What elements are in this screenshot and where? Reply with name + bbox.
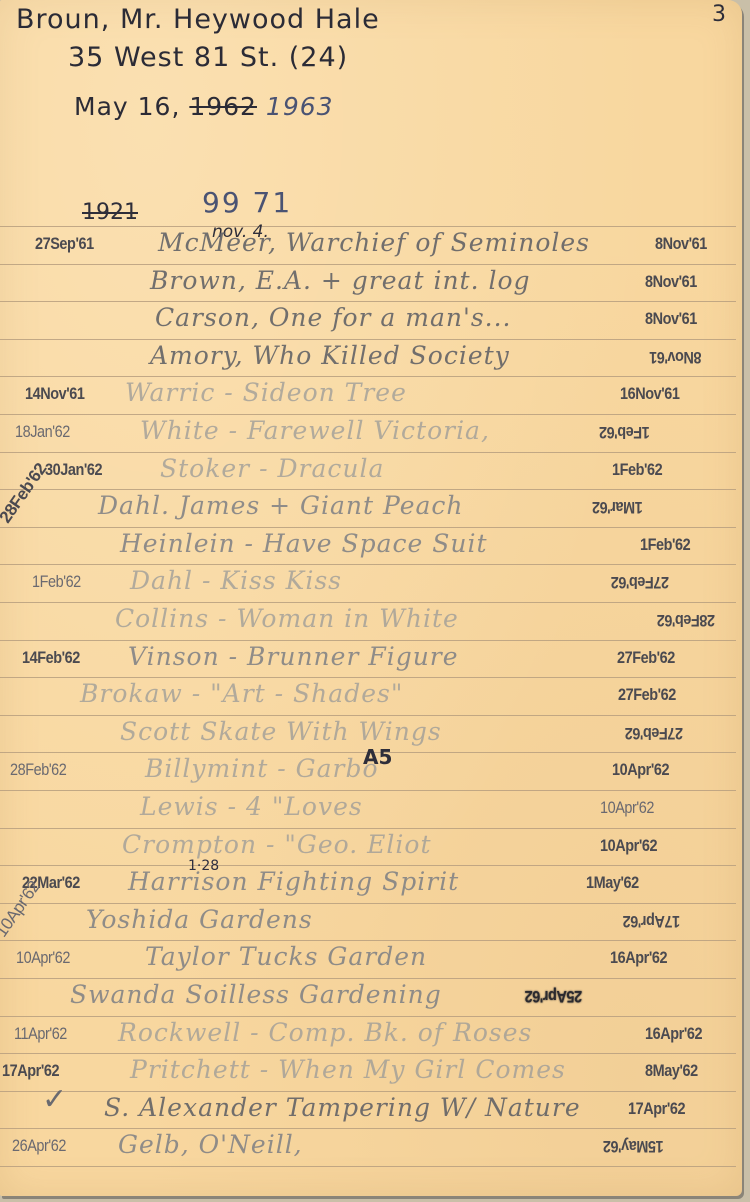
- date-in-stamp: 27Feb'62: [625, 723, 683, 743]
- ruled-line: [0, 414, 736, 415]
- date-out-stamp: 28Feb'62: [0, 460, 51, 527]
- ruled-line: [0, 1091, 736, 1092]
- ruled-line: [0, 640, 736, 641]
- ruled-line: [0, 1166, 736, 1167]
- library-record-card: Broun, Mr. Heywood Hale 35 West 81 St. (…: [0, 0, 742, 1196]
- date-in-stamp: 16Apr'62: [610, 948, 667, 968]
- book-title: Taylor Tucks Garden: [145, 942, 427, 971]
- borrower-name: Broun, Mr. Heywood Hale: [16, 4, 380, 35]
- date-out-stamp: 14Feb'62: [22, 648, 80, 668]
- ruled-line: [0, 301, 736, 302]
- date-in-stamp: 1Feb'62: [612, 460, 662, 480]
- date-out-stamp: 30Jan'62: [45, 460, 102, 480]
- date-in-stamp: 17Apr'62: [628, 1099, 685, 1119]
- ruled-line: [0, 1053, 736, 1054]
- ruled-line: [0, 978, 736, 979]
- ruled-line: [0, 940, 736, 941]
- account-struck-number: 1921: [82, 200, 138, 225]
- date-in-stamp: 1Feb'62: [599, 422, 649, 442]
- date-in-stamp: 16Apr'62: [645, 1024, 702, 1044]
- book-title: McMeer, Warchief of Seminoles: [158, 228, 590, 257]
- annotation-row-note: 1·28: [188, 858, 219, 874]
- date-out-stamp: 26Apr'62: [12, 1136, 66, 1156]
- date-in-stamp: 27Feb'62: [617, 648, 675, 668]
- ruled-line: [0, 865, 736, 866]
- date-in-stamp: 8Nov'61: [650, 347, 702, 367]
- ruled-line: [0, 452, 736, 453]
- date-in-stamp: 8Nov'61: [645, 272, 697, 292]
- date-in-stamp: 8May'62: [645, 1061, 698, 1081]
- date-out-stamp: 10Apr'62: [16, 948, 70, 968]
- book-title: Pritchett - When My Girl Comes: [130, 1055, 566, 1084]
- book-title: Yoshida Gardens: [86, 905, 313, 934]
- ruled-line: [0, 677, 736, 678]
- book-title: Carson, One for a man's...: [155, 303, 512, 332]
- book-title: Billymint - Garbo: [145, 754, 379, 783]
- date-struck-year: 1962: [189, 92, 257, 121]
- date-in-stamp: 10Apr'62: [600, 798, 654, 818]
- date-out-stamp: 18Jan'62: [15, 422, 70, 442]
- date-out-stamp: 14Nov'61: [25, 384, 84, 404]
- date-in-stamp: 8Nov'61: [645, 309, 697, 329]
- date-in-stamp: 1Feb'62: [640, 535, 690, 555]
- ruled-line: [0, 527, 736, 528]
- book-title: Scott Skate With Wings: [120, 717, 442, 746]
- book-title: S. Alexander Tampering W/ Nature: [104, 1093, 581, 1122]
- date-out-stamp: 27Sep'61: [35, 234, 94, 254]
- date-in-stamp: 28Feb'62: [657, 610, 715, 630]
- ruled-line: [0, 1016, 736, 1017]
- book-title: Brown, E.A. + great int. log: [150, 266, 531, 295]
- book-title: Gelb, O'Neill,: [118, 1130, 303, 1159]
- date-in-stamp: 1Mar'62: [592, 497, 642, 517]
- date-out-stamp: 11Apr'62: [14, 1024, 67, 1044]
- book-title: Heinlein - Have Space Suit: [120, 529, 488, 558]
- date-out-stamp: 10Apr'62: [0, 877, 44, 941]
- check-mark-icon: ✓: [42, 1082, 67, 1117]
- book-title: Harrison Fighting Spirit: [128, 867, 459, 896]
- book-title: Lewis - 4 "Loves: [140, 792, 363, 821]
- date-in-stamp: 25Apr'62: [525, 986, 582, 1006]
- annotation-a5: A5: [363, 745, 392, 769]
- date-in-stamp: 27Feb'62: [618, 685, 676, 705]
- book-title: Dahl - Kiss Kiss: [130, 566, 342, 595]
- card-date: May 16, 1962 1963: [74, 92, 334, 121]
- date-in-stamp: 17Apr'62: [623, 911, 680, 931]
- book-title: Vinson - Brunner Figure: [128, 642, 459, 671]
- date-corrected-year: 1963: [266, 92, 334, 121]
- book-title: Dahl. James + Giant Peach: [98, 491, 464, 520]
- page-number: 3: [712, 2, 726, 27]
- date-in-stamp: 15May'62: [603, 1136, 663, 1156]
- ruled-line: [0, 790, 736, 791]
- ruled-line: [0, 564, 736, 565]
- ruled-line: [0, 903, 736, 904]
- date-in-stamp: 27Feb'62: [611, 572, 669, 592]
- date-in-stamp: 8Nov'61: [655, 234, 707, 254]
- book-title: Amory, Who Killed Society: [150, 341, 510, 370]
- date-in-stamp: 16Nov'61: [620, 384, 679, 404]
- ruled-line: [0, 339, 736, 340]
- date-in-stamp: 10Apr'62: [600, 836, 657, 856]
- ruled-line: [0, 226, 736, 227]
- ruled-line: [0, 602, 736, 603]
- date-out-stamp: 28Feb'62: [10, 760, 66, 780]
- book-title: Brokaw - "Art - Shades": [80, 679, 403, 708]
- ruled-line: [0, 1128, 736, 1129]
- book-title: Swanda Soilless Gardening: [70, 980, 442, 1009]
- account-number: 99 71: [202, 186, 292, 219]
- book-title: Stoker - Dracula: [160, 454, 384, 483]
- borrower-address: 35 West 81 St. (24): [68, 42, 348, 73]
- book-title: Warric - Sideon Tree: [125, 378, 407, 407]
- date-out-stamp: 17Apr'62: [2, 1061, 59, 1081]
- book-title: Rockwell - Comp. Bk. of Roses: [118, 1018, 532, 1047]
- book-title: Crompton - "Geo. Eliot: [122, 830, 432, 859]
- book-title: White - Farewell Victoria,: [140, 416, 490, 445]
- date-prefix: May 16,: [74, 92, 180, 121]
- date-in-stamp: 1May'62: [586, 873, 639, 893]
- ruled-line: [0, 715, 736, 716]
- ruled-line: [0, 376, 736, 377]
- book-title: Collins - Woman in White: [115, 604, 459, 633]
- date-in-stamp: 10Apr'62: [612, 760, 669, 780]
- date-out-stamp: 1Feb'62: [32, 572, 81, 592]
- ruled-line: [0, 489, 736, 490]
- ruled-line: [0, 828, 736, 829]
- ruled-line: [0, 264, 736, 265]
